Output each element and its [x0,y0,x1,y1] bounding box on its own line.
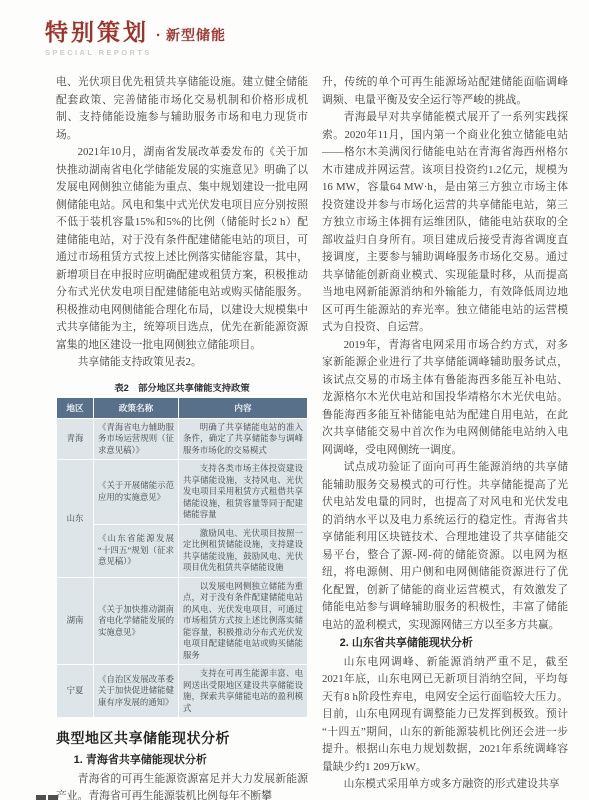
paragraph: 试点成功验证了面向可再生能源消纳的共享储能辅助服务交易模式的可行性。共享储能提高… [322,459,568,634]
content-cell: 以发展电网侧独立储能为重点，对于没有条件配建储能电站的风电、光伏发电项目，可通过… [179,578,307,665]
paragraph: 山东电网调峰、新能源消纳严重不足，截至2021年底，山东电网已无新项目消纳空间，… [322,654,568,777]
paragraph: 2019年，青海省电网采用市场合约方式，对多家新能源企业进行了共享储能调峰辅助服… [322,337,568,460]
region-cell: 湖南 [57,578,93,665]
policy-cell: 《自治区发展改革委关于加快促进储能健康有序发展的通知》 [94,665,178,717]
subsection-heading-2: 2. 山东省共享储能现状分析 [322,635,568,653]
column-header-region: 地区 [57,398,93,418]
table-row: 青海 《青海省电力辅助服务市场运营规则（征求意见稿）》 明确了共享储能电站的准入… [57,419,307,460]
policy-cell: 《山东省能源发展“十四五”规划（征求意见稿）》 [94,525,178,577]
paragraph: 2021年10月，湖南省发展改革委发布的《关于加快推动湖南省电化学储能发展的实施… [56,144,308,354]
content-cell: 激励风电、光伏项目按照一定比例租赁储能设施，支持建设共享储能设施，鼓励风电、光伏… [179,525,307,577]
table-caption: 表2 部分地区共享储能支持政策 [56,380,308,394]
table-row: 山东 《关于开展储能示范应用的实施意见》 支持各类市场主体投资建设共享储能设施，… [57,460,307,524]
paragraph: 山东模式采用单方或多方融资的形式建设共享 [322,776,568,794]
paragraph: 青海最早对共享储能模式展开了一系列实践探索。2020年11月，国内第一个商业化独… [322,109,568,337]
region-cell: 山东 [57,460,93,577]
policy-cell: 《青海省电力辅助服务市场运营规则（征求意见稿）》 [94,419,178,460]
paragraph: 共享储能支持政策见表2。 [56,354,308,372]
column-header-content: 内容 [179,398,307,418]
section-title: 特别策划 [45,14,149,47]
column-header-policy: 政策名称 [94,398,178,418]
header-title-line: 特别策划 · 新型储能 [45,14,226,47]
article-body: 电、光伏项目优先租赁共享储能设施。建立健全储能配套政策、完善储能市场化交易机制和… [56,74,568,800]
paragraph: 青海省的可再生能源资源富足并大力发展新能源产业。青海省可再生能源装机比例每年不断… [56,771,308,800]
section-subtitle: 新型储能 [166,25,226,45]
title-separator-dot: · [156,27,161,44]
page-mark-block [48,795,58,800]
table-row: 湖南 《关于加快推动湖南省电化学储能发展的实施意见》 以发展电网侧独立储能为重点… [57,578,307,665]
table-header: 地区 政策名称 内容 [57,398,307,418]
content-cell: 明确了共享储能电站的准入条件，确定了共享储能参与调峰服务市场化的交易模式 [179,419,307,460]
policy-table: 地区 政策名称 内容 青海 《青海省电力辅助服务市场运营规则（征求意见稿）》 明… [56,397,308,719]
content-cell: 支持在可再生能源丰富、电网送出受限地区建设共享储能设施，探索共享储能电站的盈利模… [179,665,307,717]
page-header: 特别策划 · 新型储能 SPECIAL REPORTS [45,14,226,57]
region-cell: 青海 [57,419,93,460]
table-row: 《山东省能源发展“十四五”规划（征求意见稿）》 激励风电、光伏项目按照一定比例租… [57,525,307,577]
page-mark-block [36,795,46,800]
content-cell: 支持各类市场主体投资建设共享储能设施，支持风电、光伏发电项目采用租赁方式租借共享… [179,460,307,524]
table-body: 青海 《青海省电力辅助服务市场运营规则（征求意见稿）》 明确了共享储能电站的准入… [57,419,307,718]
region-cell: 宁夏 [57,665,93,717]
magazine-page: 特别策划 · 新型储能 SPECIAL REPORTS 电、光伏项目优先租赁共享… [0,0,589,800]
paragraph: 电、光伏项目优先租赁共享储能设施。建立健全储能配套政策、完善储能市场化交易机制和… [56,74,308,144]
policy-cell: 《关于开展储能示范应用的实施意见》 [94,460,178,524]
policy-cell: 《关于加快推动湖南省电化学储能发展的实施意见》 [94,578,178,665]
left-column: 电、光伏项目优先租赁共享储能设施。建立健全储能配套政策、完善储能市场化交易机制和… [56,74,308,800]
page-number-mark [36,795,58,800]
paragraph: 升，传统的单个可再生能源场站配建储能面临调峰调频、电量平衡及安全运行等严峻的挑战… [322,74,568,109]
section-heading: 典型地区共享储能现状分析 [56,728,308,748]
right-column: 升，传统的单个可再生能源场站配建储能面临调峰调频、电量平衡及安全运行等严峻的挑战… [322,74,568,800]
section-title-english: SPECIAL REPORTS [45,48,226,57]
table-header-row: 地区 政策名称 内容 [57,398,307,418]
table-row: 宁夏 《自治区发展改革委关于加快促进储能健康有序发展的通知》 支持在可再生能源丰… [57,665,307,717]
subsection-heading-1: 1. 青海省共享储能现状分析 [56,752,308,770]
